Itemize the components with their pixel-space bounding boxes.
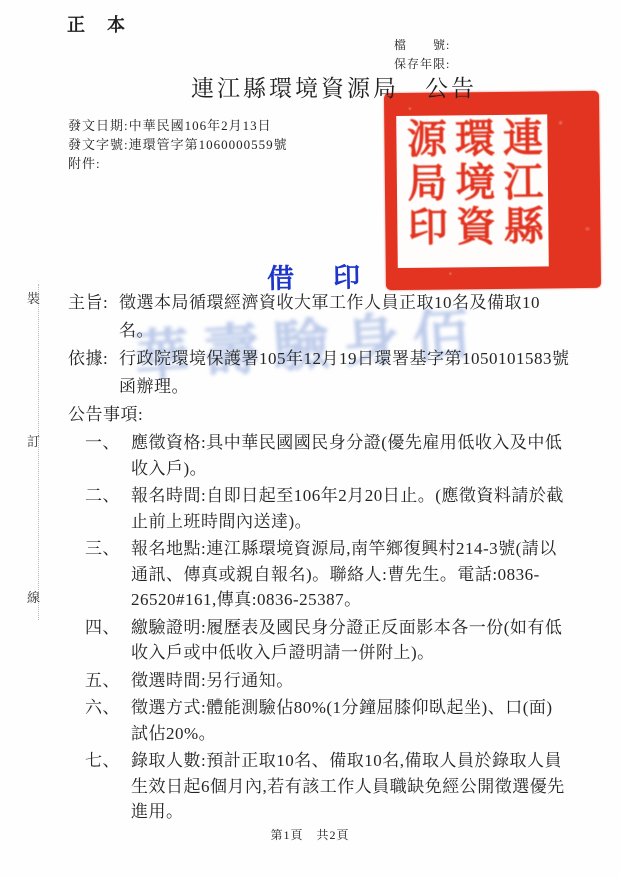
item-text: 繳驗證明:履歷表及國民身分證正反面影本各一份(如有低 收入戶或中低收入戶證明請一… — [131, 615, 570, 666]
official-red-seal: 連江縣 環境資 源局印 — [384, 91, 601, 290]
item-text: 報名地點:連江縣環境資源局,南竿鄉復興村214-3號(請以 通訊、傳真或親自報名… — [131, 536, 570, 613]
item-line: 生效日起6個月內,若有該工作人員職缺免經公開徵選優先 — [131, 774, 570, 800]
item-line: 收入戶或中低收入戶證明請一併附上)。 — [131, 640, 570, 666]
list-item: 三、 報名地點:連江縣環境資源局,南竿鄉復興村214-3號(請以 通訊、傳真或親… — [68, 536, 570, 613]
announcement-body: 主旨: 徵選本局循環經濟資收大軍工作人員正取10名及備取10名。 依據: 行政院… — [68, 289, 570, 827]
list-item: 六、 徵選方式:體能測驗佔80%(1分鐘屈膝仰臥起坐)、口(面) 試佔20%。 — [68, 695, 570, 746]
item-line: 錄取人數:預計正取10名、備取10名,備取人員於錄取人員 — [131, 748, 570, 774]
items-list: 一、 應徵資格:具中華民國國民身分證(優先雇用低收入及中低 收入戶)。 二、 報… — [68, 430, 570, 825]
basis-line-1: 行政院環境保護署105年12月19日環署基字第1050101583號 — [119, 345, 570, 373]
item-text: 報名時間:自即日起至106年2月20日止。(應徵資料請於截 止前上班時間內送達)… — [131, 483, 570, 534]
item-text: 徵選方式:體能測驗佔80%(1分鐘屈膝仰臥起坐)、口(面) 試佔20%。 — [131, 695, 570, 746]
item-line: 徵選時間:另行通知。 — [131, 668, 570, 694]
announcement-page: 正 本 檔 號: 保存年限: 連江縣環境資源局 公告 發文日期:中華民國106年… — [0, 0, 620, 876]
binding-mark-xian: 線 — [27, 587, 40, 606]
issue-date-value: 中華民國106年2月13日 — [129, 118, 272, 133]
list-item: 五、 徵選時間:另行通知。 — [68, 668, 570, 694]
list-item: 二、 報名時間:自即日起至106年2月20日止。(應徵資料請於截 止前上班時間內… — [68, 483, 570, 534]
attachment-label: 附件: — [68, 156, 101, 171]
seal-text-column-middle: 環境資 — [447, 117, 497, 265]
item-text: 錄取人數:預計正取10名、備取10名,備取人員於錄取人員 生效日起6個月內,若有… — [131, 748, 570, 825]
item-line: 試佔20%。 — [131, 721, 570, 747]
basis-label: 依據: — [68, 345, 119, 401]
item-number: 七、 — [85, 748, 131, 825]
item-line: 繳驗證明:履歷表及國民身分證正反面影本各一份(如有低 — [131, 615, 570, 641]
seal-text-column-left: 源局印 — [399, 117, 449, 265]
binding-mark-ding: 訂 — [27, 431, 40, 450]
file-number-label: 檔 號: — [394, 36, 450, 53]
item-line: 通訊、傳真或親自報名)。聯絡人:曹先生。電話:0836- — [131, 562, 570, 588]
basis-field: 依據: 行政院環境保護署105年12月19日環署基字第1050101583號 函… — [68, 345, 570, 401]
list-item: 七、 錄取人數:預計正取10名、備取10名,備取人員於錄取人員 生效日起6個月內… — [68, 748, 570, 825]
item-number: 一、 — [85, 430, 131, 481]
subject-text: 徵選本局循環經濟資收大軍工作人員正取10名及備取10名。 — [119, 289, 570, 345]
list-item: 四、 繳驗證明:履歷表及國民身分證正反面影本各一份(如有低 收入戶或中低收入戶證… — [68, 615, 570, 666]
document-title: 連江縣環境資源局 公告 — [191, 70, 477, 103]
subject-field: 主旨: 徵選本局循環經濟資收大軍工作人員正取10名及備取10名。 — [68, 289, 570, 345]
doc-number-value: 連環管字第1060000559號 — [129, 137, 288, 152]
list-item: 一、 應徵資格:具中華民國國民身分證(優先雇用低收入及中低 收入戶)。 — [68, 430, 570, 481]
item-number: 二、 — [85, 483, 131, 534]
item-number: 三、 — [85, 536, 131, 613]
seal-inner-face: 連江縣 環境資 源局印 — [396, 114, 549, 268]
items-header: 公告事項: — [68, 401, 570, 429]
item-text: 應徵資格:具中華民國國民身分證(優先雇用低收入及中低 收入戶)。 — [131, 430, 570, 481]
doc-number-row: 發文字號:連環管字第1060000559號 — [68, 135, 288, 154]
issue-date-row: 發文日期:中華民國106年2月13日 — [68, 116, 288, 135]
binding-mark-zhuang: 裝 — [27, 288, 40, 307]
item-number: 六、 — [85, 695, 131, 746]
doc-number-label: 發文字號: — [68, 137, 129, 152]
copy-type-label: 正 本 — [67, 11, 127, 37]
item-line: 報名時間:自即日起至106年2月20日止。(應徵資料請於截 — [131, 483, 570, 509]
item-line: 收入戶)。 — [131, 456, 570, 482]
document-meta: 發文日期:中華民國106年2月13日 發文字號:連環管字第1060000559號… — [68, 116, 288, 173]
subject-label: 主旨: — [68, 289, 119, 345]
item-line: 報名地點:連江縣環境資源局,南竿鄉復興村214-3號(請以 — [131, 536, 570, 562]
item-line: 徵選方式:體能測驗佔80%(1分鐘屈膝仰臥起坐)、口(面) — [131, 695, 570, 721]
page-number-footer: 第1頁 共2頁 — [0, 826, 620, 843]
item-text: 徵選時間:另行通知。 — [131, 668, 570, 694]
binding-dotted-line — [38, 284, 39, 620]
item-line: 26520#161,傳真:0836-25387。 — [131, 587, 570, 613]
item-number: 五、 — [85, 668, 131, 694]
item-line: 進用。 — [131, 799, 570, 825]
item-line: 應徵資格:具中華民國國民身分證(優先雇用低收入及中低 — [131, 430, 570, 456]
basis-line-2: 函辦理。 — [119, 373, 570, 401]
attachment-row: 附件: — [68, 154, 288, 173]
issue-date-label: 發文日期: — [68, 118, 129, 133]
item-number: 四、 — [85, 615, 131, 666]
seal-text-column-right: 連江縣 — [495, 116, 545, 264]
item-line: 止前上班時間內送達)。 — [131, 509, 570, 535]
basis-text: 行政院環境保護署105年12月19日環署基字第1050101583號 函辦理。 — [119, 345, 570, 401]
